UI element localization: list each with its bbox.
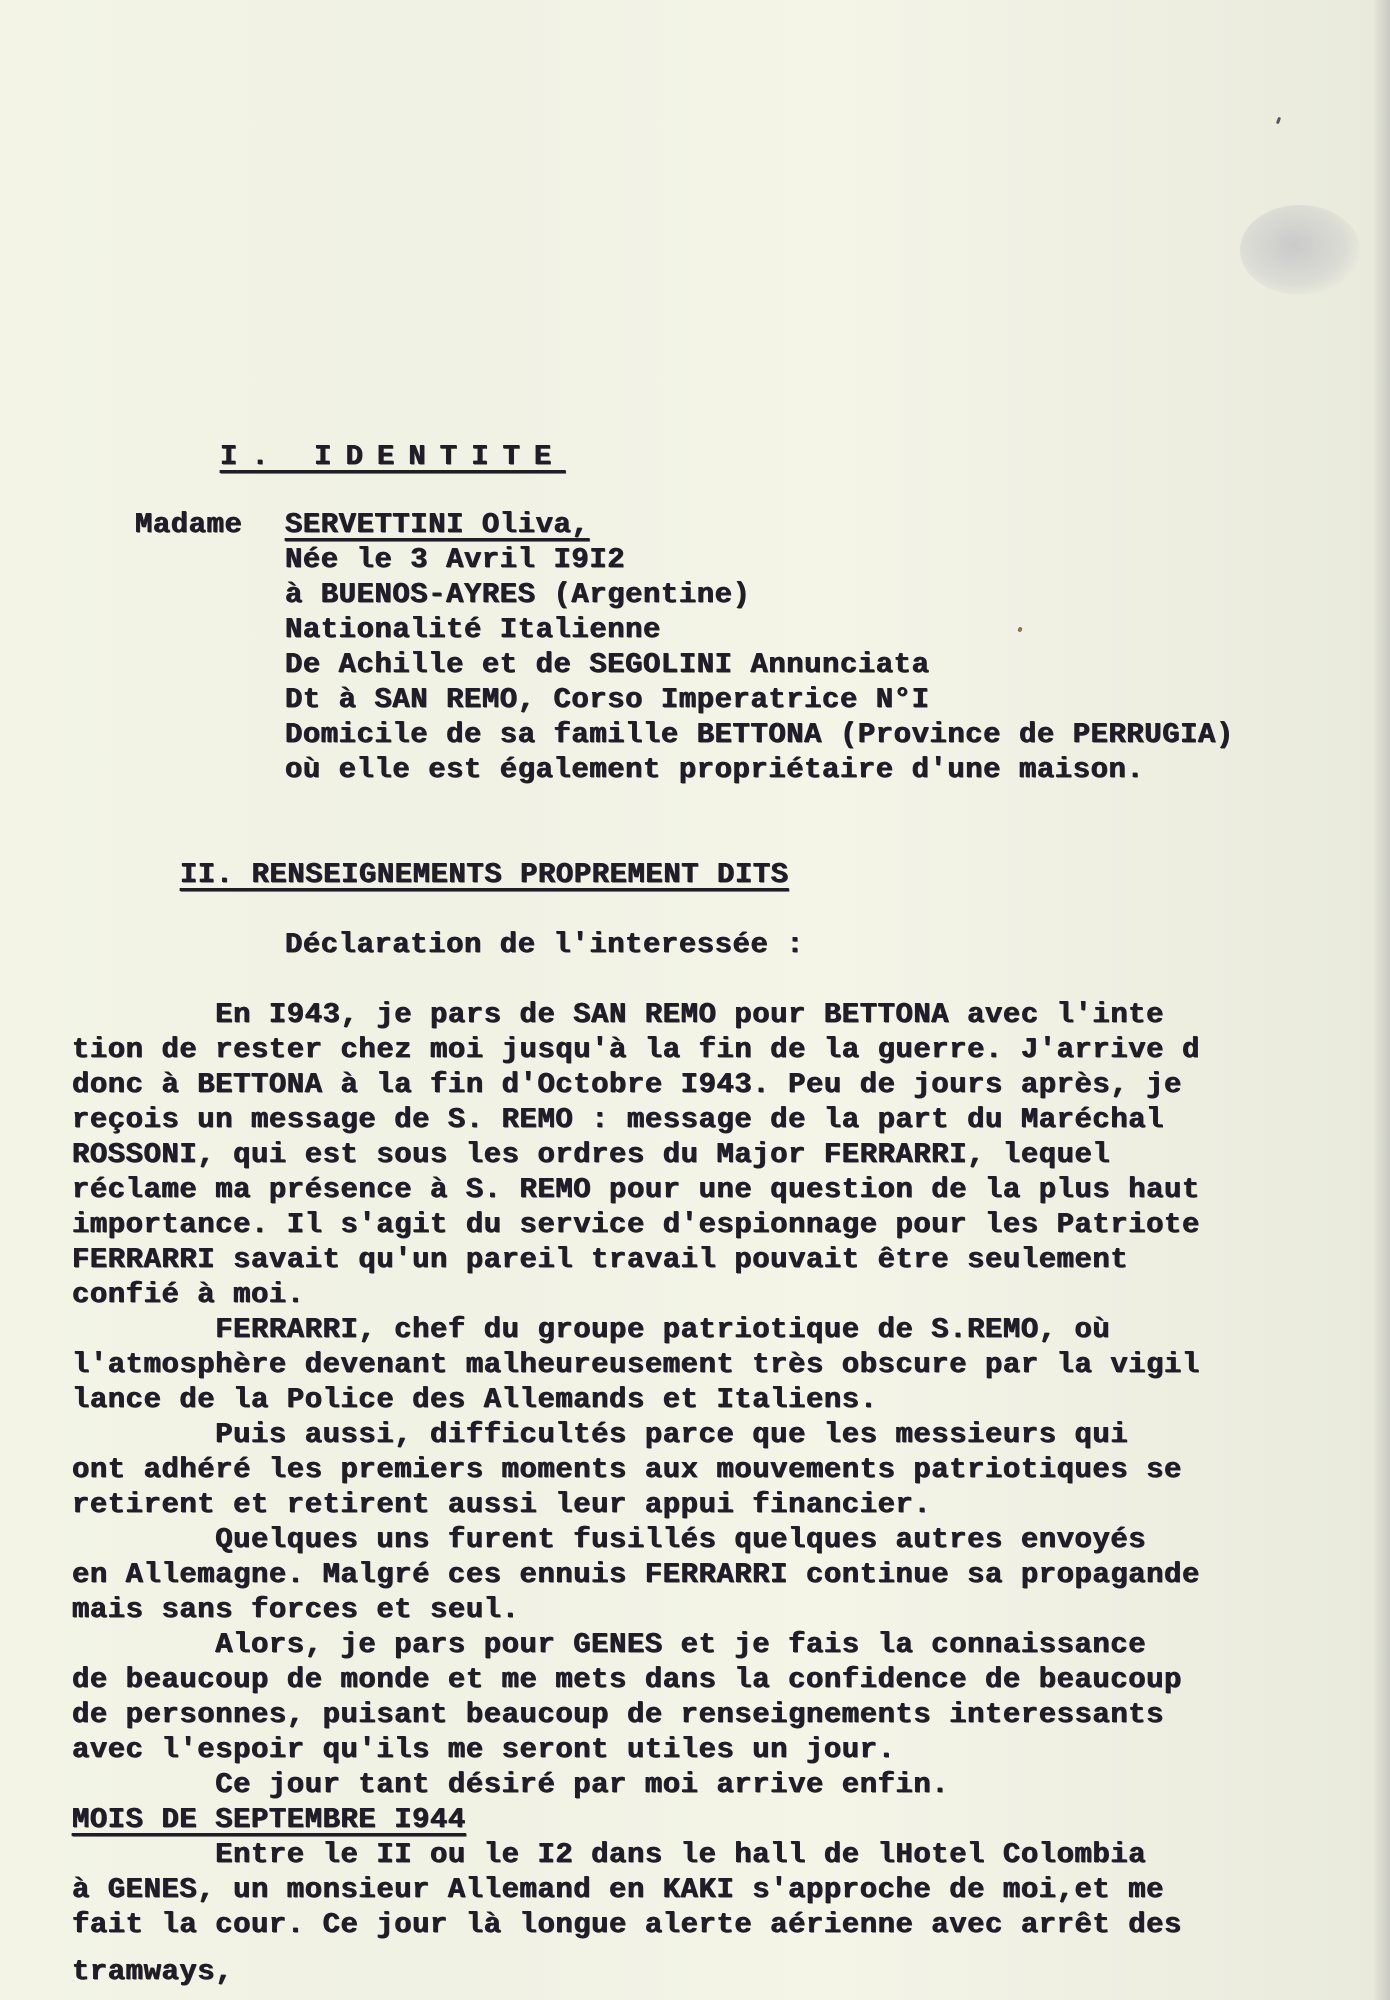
paragraph-line: de beaucoup de monde et me mets dans la … — [72, 1663, 1182, 1697]
paragraph-line: tion de rester chez moi jusqu'à la fin d… — [72, 1033, 1200, 1067]
identity-line: Domicile de sa famille BETTONA (Province… — [285, 718, 1234, 752]
ink-smudge — [1240, 205, 1360, 295]
ink-fleck — [1276, 117, 1281, 125]
paragraph-line: importance. Il s'agit du service d'espio… — [72, 1208, 1200, 1242]
paragraph-line: confié à moi. — [72, 1278, 305, 1312]
section-heading-renseignements: II. RENSEIGNEMENTS PROPREMENT DITS — [180, 858, 789, 892]
paragraph-line: donc à BETTONA à la fin d'Octobre I943. … — [72, 1068, 1182, 1102]
paragraph-line: mais sans forces et seul. — [72, 1593, 520, 1627]
paragraph-line: FERRARRI, chef du groupe patriotique de … — [72, 1313, 1110, 1347]
identity-line: Dt à SAN REMO, Corso Imperatrice N°I — [285, 683, 930, 717]
paragraph-line: ROSSONI, qui est sous les ordres du Majo… — [72, 1138, 1110, 1172]
paragraph-line: Puis aussi, difficultés parce que les me… — [72, 1418, 1128, 1452]
page-edge-shadow — [1372, 0, 1390, 2000]
section-heading-identite: I. IDENTITE — [220, 440, 565, 474]
paragraph-line: de personnes, puisant beaucoup de rensei… — [72, 1698, 1164, 1732]
paragraph-line: l'atmosphère devenant malheureusement tr… — [72, 1348, 1200, 1382]
paragraph-line: retirent et retirent aussi leur appui fi… — [72, 1488, 931, 1522]
document-page: I. IDENTITE Madame SERVETTINI Oliva, Née… — [0, 0, 1390, 2000]
paragraph-line: tramways, — [72, 1955, 233, 1989]
declaration-subheading: Déclaration de l'interessée : — [285, 928, 804, 962]
ink-fleck — [1017, 626, 1022, 632]
identity-line: Nationalité Italienne — [285, 613, 661, 647]
paragraph-line: Alors, je pars pour GENES et je fais la … — [72, 1628, 1146, 1662]
paragraph-line: fait la cour. Ce jour là longue alerte a… — [72, 1908, 1182, 1942]
person-name: SERVETTINI Oliva, — [285, 508, 589, 542]
paragraph-line: En I943, je pars de SAN REMO pour BETTON… — [72, 998, 1164, 1032]
salutation: Madame — [135, 508, 242, 542]
paragraph-line: lance de la Police des Allemands et Ital… — [72, 1383, 878, 1417]
identity-line: à BUENOS-AYRES (Argentine) — [285, 578, 750, 612]
paragraph-line: FERRARRI savait qu'un pareil travail pou… — [72, 1243, 1128, 1277]
paragraph-line: ont adhéré les premiers moments aux mouv… — [72, 1453, 1182, 1487]
paragraph-line: avec l'espoir qu'ils me seront utiles un… — [72, 1733, 896, 1767]
identity-line: où elle est également propriétaire d'une… — [285, 753, 1144, 787]
paragraph-line: réclame ma présence à S. REMO pour une q… — [72, 1173, 1200, 1207]
paragraph-line: à GENES, un monsieur Allemand en KAKI s'… — [72, 1873, 1164, 1907]
paragraph-line: Ce jour tant désiré par moi arrive enfin… — [72, 1768, 949, 1802]
identity-line: De Achille et de SEGOLINI Annunciata — [285, 648, 930, 682]
identity-line: Née le 3 Avril I9I2 — [285, 543, 625, 577]
paragraph-line: en Allemagne. Malgré ces ennuis FERRARRI… — [72, 1558, 1200, 1592]
paragraph-line: reçois un message de S. REMO : message d… — [72, 1103, 1164, 1137]
paragraph-line: Entre le II ou le I2 dans le hall de lHo… — [72, 1838, 1146, 1872]
paragraph-line: Quelques uns furent fusillés quelques au… — [72, 1523, 1146, 1557]
section-heading-septembre: MOIS DE SEPTEMBRE I944 — [72, 1803, 466, 1837]
